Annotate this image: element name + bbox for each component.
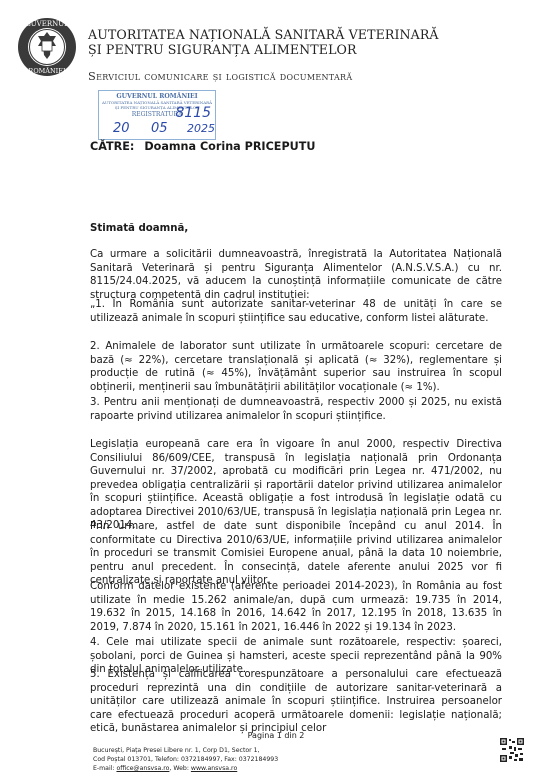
- paragraph-availability: Prin urmare, astfel de date sunt disponi…: [90, 520, 502, 588]
- institution-line2: ȘI PENTRU SIGURANȚA ALIMENTELOR: [88, 42, 439, 57]
- institution-name: AUTORITATEA NAȚIONALĂ SANITARĂ VETERINAR…: [88, 27, 439, 57]
- paragraph-statistics: Conform datelor existente (aferente peri…: [90, 580, 502, 634]
- footer-contact: București, Piața Presei Libere nr. 1, Co…: [93, 747, 278, 773]
- stamp-line1: GUVERNUL ROMÂNIEI: [99, 93, 215, 100]
- institution-line1: AUTORITATEA NAȚIONALĂ SANITARĂ VETERINAR…: [88, 27, 439, 42]
- government-seal-icon: GUVERNUL ROMÂNIEI: [17, 17, 77, 77]
- email-link[interactable]: office@ansvsa.ro: [116, 765, 169, 772]
- recipient-name: Doamna Corina PRICEPUTU: [144, 140, 315, 153]
- svg-text:GUVERNUL: GUVERNUL: [25, 20, 69, 28]
- web-link[interactable]: www.ansvsa.ro: [191, 765, 237, 772]
- paragraph-legislation: Legislația europeană care era în vigoare…: [90, 438, 502, 533]
- email-label: E-mail:: [93, 765, 114, 772]
- intro-paragraph: Ca urmare a solicitării dumneavoastră, î…: [90, 248, 502, 302]
- stamp-day: 20: [113, 121, 130, 136]
- web-label: Web:: [173, 765, 189, 772]
- stamp-year: 2025: [187, 122, 215, 135]
- qr-code-icon: [500, 738, 524, 762]
- footer-address-line1: București, Piața Presei Libere nr. 1, Co…: [93, 747, 278, 756]
- recipient-label: CĂTRE:: [90, 140, 134, 153]
- page-number: Pagina 1 din 2: [0, 731, 552, 740]
- greeting: Stimată doamnă,: [90, 222, 502, 236]
- paragraph-5: 5. Existența și calificarea corespunzăto…: [90, 668, 502, 736]
- paragraph-1: „1. În România sunt autorizate sanitar-v…: [90, 298, 502, 325]
- paragraph-2: 2. Animalele de laborator sunt utilizate…: [90, 340, 502, 394]
- stamp-registration-number: 8115: [175, 105, 211, 121]
- paragraph-3: 3. Pentru anii menționați de dumneavoast…: [90, 396, 502, 423]
- recipient: CĂTRE:Doamna Corina PRICEPUTU: [90, 140, 315, 153]
- department-name: Serviciul comunicare și logistică docume…: [88, 69, 352, 83]
- stamp-month: 05: [151, 121, 168, 136]
- footer-contact-line: E-mail: office@ansvsa.ro, Web: www.ansvs…: [93, 765, 278, 774]
- registration-stamp: GUVERNUL ROMÂNIEI AUTORITATEA NAȚIONALĂ …: [98, 90, 216, 140]
- svg-text:ROMÂNIEI: ROMÂNIEI: [28, 66, 66, 75]
- footer-address-line2: Cod Poștal 013701, Telefon: 0372184997, …: [93, 756, 278, 765]
